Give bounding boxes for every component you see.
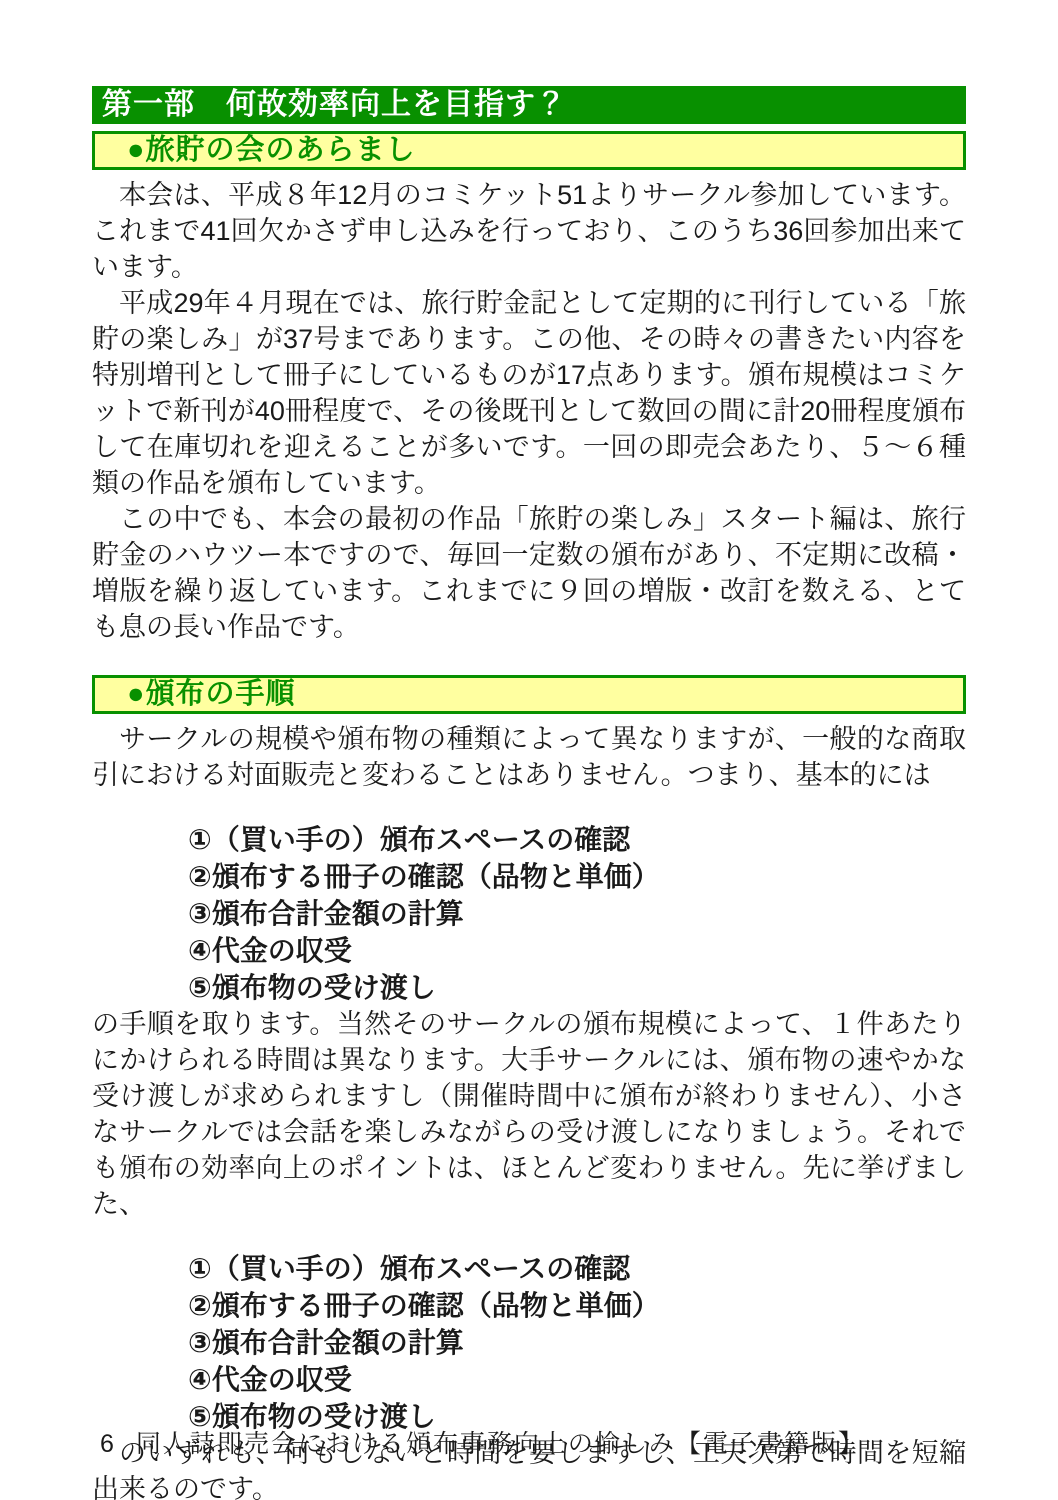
step-item-2: ②頒布する冊子の確認（品物と単価） [188, 1287, 966, 1324]
section-heading-distribution-procedure: ●頒布の手順 [92, 675, 966, 714]
step-item-3: ③頒布合計金額の計算 [188, 1324, 966, 1361]
paragraph-after-steps: の手順を取ります。当然そのサークルの頒布規模によって、１件あたりにかけられる時間… [92, 1006, 966, 1222]
paragraph-first-work: この中でも、本会の最初の作品「旅貯の楽しみ」スタート編は、旅行貯金のハウツー本で… [92, 501, 966, 645]
section-heading-about-club: ●旅貯の会のあらまし [92, 131, 966, 170]
step-item-1: ①（買い手の）頒布スペースの確認 [188, 821, 966, 858]
distribution-steps-list-1: ①（買い手の）頒布スペースの確認 ②頒布する冊子の確認（品物と単価） ③頒布合計… [188, 821, 966, 1006]
page-number: 6 [100, 1430, 114, 1459]
step-item-4: ④代金の収受 [188, 1361, 966, 1398]
step-item-4: ④代金の収受 [188, 932, 966, 969]
step-item-3: ③頒布合計金額の計算 [188, 895, 966, 932]
paragraph-publication-scale: 平成29年４月現在では、旅行貯金記として定期的に刊行している「旅貯の楽しみ」が3… [92, 285, 966, 501]
step-item-1: ①（買い手の）頒布スペースの確認 [188, 1250, 966, 1287]
step-item-5: ⑤頒布物の受け渡し [188, 969, 966, 1006]
part-title-banner: 第一部 何故効率向上を目指す？ [92, 86, 966, 124]
paragraph-procedure-intro: サークルの規模や頒布物の種類によって異なりますが、一般的な商取引における対面販売… [92, 721, 966, 793]
document-page: 第一部 何故効率向上を目指す？ ●旅貯の会のあらまし 本会は、平成８年12月のコ… [0, 0, 1058, 1500]
paragraph-club-history: 本会は、平成８年12月のコミケット51よりサークル参加しています。これまで41回… [92, 177, 966, 285]
footer-book-title: 同人誌即売会における頒布事務向上の愉しみ【電子書籍版】 [136, 1424, 865, 1460]
step-item-2: ②頒布する冊子の確認（品物と単価） [188, 858, 966, 895]
page-footer: 6 同人誌即売会における頒布事務向上の愉しみ【電子書籍版】 [100, 1424, 865, 1460]
distribution-steps-list-2: ①（買い手の）頒布スペースの確認 ②頒布する冊子の確認（品物と単価） ③頒布合計… [188, 1250, 966, 1435]
